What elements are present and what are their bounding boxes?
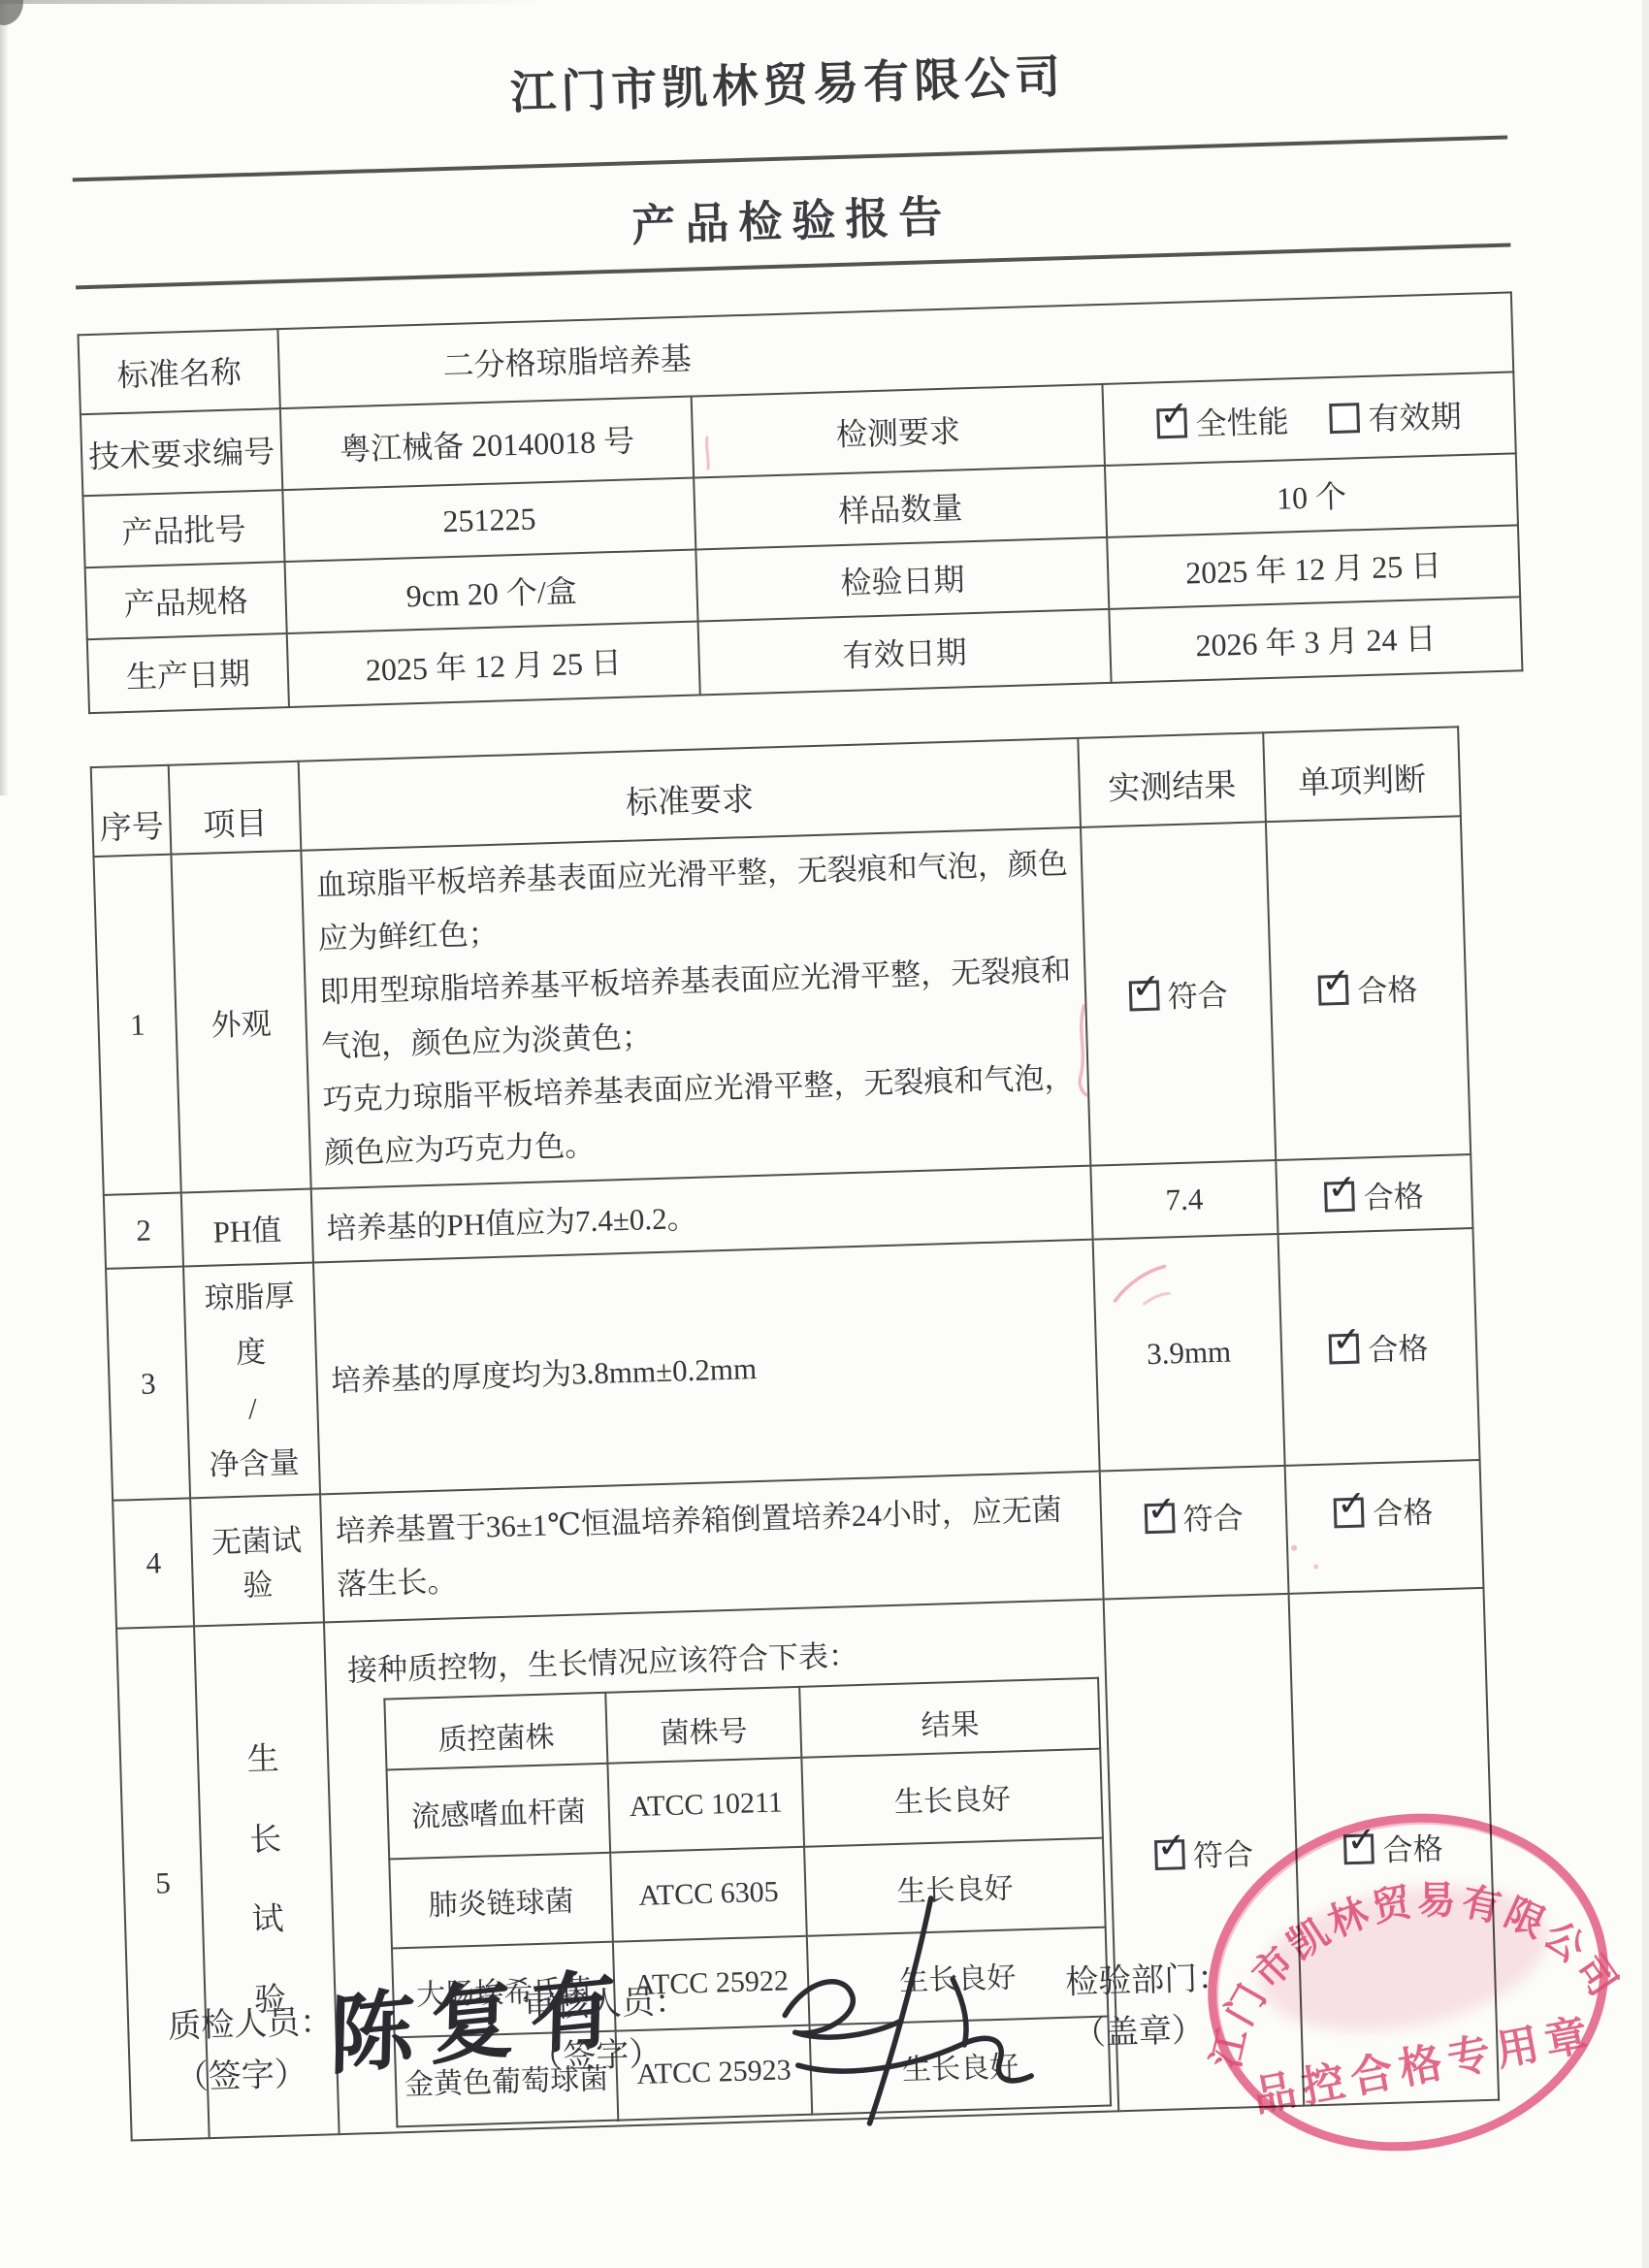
option-label: 全性能 bbox=[1195, 404, 1289, 441]
result-cell: 3.9mm bbox=[1093, 1234, 1284, 1472]
field-label: 检测要求 bbox=[692, 384, 1105, 478]
column-header: 实测结果 bbox=[1079, 732, 1266, 827]
requirement-text: 培养基置于36±1℃恒温培养箱倒置培养24小时，应无菌 落生长。 bbox=[320, 1472, 1104, 1623]
judgment-cell: ✓合格 bbox=[1266, 816, 1471, 1160]
checkbox-checked-icon: ✓ bbox=[1144, 1504, 1175, 1535]
requirement-text: 血琼脂平板培养基表面应光滑平整，无裂痕和气泡，颜色 应为鲜红色； 即用型琼脂培养… bbox=[301, 827, 1091, 1189]
strain-name: 流感嗜血杆菌 bbox=[386, 1764, 610, 1860]
checkbox-checked-icon: ✓ bbox=[1156, 407, 1187, 438]
check-mark-icon: ✓ bbox=[1337, 1487, 1367, 1523]
field-value: 粤江械备 20140018 号 bbox=[280, 397, 694, 491]
company-stamp: 江门市凯林贸易有限公司 品控合格专用章 bbox=[1170, 1771, 1648, 2221]
spacer bbox=[1289, 431, 1330, 432]
item-name: PH值 bbox=[181, 1189, 312, 1267]
field-value: 10 个 bbox=[1105, 453, 1518, 537]
judgment-label: 合格 bbox=[1363, 1179, 1424, 1215]
row-number: 2 bbox=[104, 1193, 184, 1269]
check-mark-icon: ✓ bbox=[1321, 964, 1351, 1000]
field-label: 有效日期 bbox=[698, 609, 1112, 696]
field-value: 2026 年 3 月 24 日 bbox=[1109, 597, 1522, 683]
field-label: 标准名称 bbox=[78, 329, 279, 414]
reviewer-label: 审核人员： （签字） bbox=[522, 1977, 690, 2084]
page-title: 产品检验报告 bbox=[74, 164, 1510, 270]
report-document: 江门市凯林贸易有限公司 产品检验报告 标准名称 二分格琼脂培养基 技术要求编号 … bbox=[69, 15, 1569, 2258]
column-header: 质控菌株 bbox=[384, 1693, 608, 1770]
check-mark-icon: ✓ bbox=[1147, 1493, 1177, 1529]
checkbox-checked-icon: ✓ bbox=[1318, 975, 1349, 1006]
field-label: 产品规格 bbox=[85, 562, 287, 639]
field-value: 2025 年 12 月 25 日 bbox=[1107, 525, 1520, 609]
inspector-label-text: 质检人员： bbox=[168, 2004, 334, 2045]
row-number: 4 bbox=[113, 1499, 194, 1629]
checkbox-checked-icon: ✓ bbox=[1329, 1334, 1360, 1365]
judgment-label: 合格 bbox=[1357, 973, 1418, 1009]
item-name: 无菌试验 bbox=[191, 1495, 324, 1627]
item-name: 外观 bbox=[172, 851, 311, 1193]
scan-edge-left bbox=[0, 0, 9, 795]
check-mark-icon: ✓ bbox=[1131, 970, 1161, 1006]
reviewer-signature bbox=[705, 1883, 1062, 2146]
result-label: 符合 bbox=[1182, 1502, 1244, 1538]
result-cell: 7.4 bbox=[1091, 1160, 1277, 1240]
column-header: 序号 bbox=[91, 765, 172, 857]
stamp-bottom-text: 品控合格专用章 bbox=[1249, 2009, 1599, 2121]
field-value: 9cm 20 个/盒 bbox=[285, 550, 698, 634]
field-label: 产品批号 bbox=[82, 490, 284, 567]
item-name-text: 琼脂厚度 / 净含量 bbox=[191, 1268, 313, 1494]
field-label: 检验日期 bbox=[695, 537, 1109, 622]
result-cell: ✓符合 bbox=[1081, 822, 1276, 1166]
strain-number: ATCC 10211 bbox=[608, 1758, 804, 1853]
check-mark-icon: ✓ bbox=[1159, 397, 1189, 433]
column-header: 项目 bbox=[169, 761, 301, 855]
checkbox-empty-icon bbox=[1329, 403, 1360, 434]
scan-edge-right bbox=[1642, 0, 1649, 2268]
field-label: 样品数量 bbox=[694, 466, 1107, 550]
judgment-cell: ✓合格 bbox=[1276, 1154, 1473, 1234]
option-label: 有效期 bbox=[1368, 399, 1462, 437]
checkbox-checked-icon: ✓ bbox=[1334, 1498, 1365, 1529]
reviewer-sub-text: （签字） bbox=[524, 2036, 663, 2076]
result-cell: ✓符合 bbox=[1100, 1466, 1288, 1600]
result-label: 符合 bbox=[1167, 978, 1228, 1014]
field-label: 生产日期 bbox=[87, 633, 289, 713]
inspector-sub-text: （签字） bbox=[169, 2057, 307, 2096]
row-number: 1 bbox=[93, 855, 181, 1195]
judgment-label: 合格 bbox=[1368, 1332, 1429, 1368]
column-header: 单项判断 bbox=[1263, 727, 1461, 822]
item-name: 琼脂厚度 / 净含量 bbox=[183, 1263, 319, 1499]
strain-result: 生长良好 bbox=[801, 1749, 1103, 1847]
info-table: 标准名称 二分格琼脂培养基 技术要求编号 粤江械备 20140018 号 检测要… bbox=[77, 291, 1523, 714]
checkbox-checked-icon: ✓ bbox=[1324, 1181, 1355, 1212]
field-label: 技术要求编号 bbox=[81, 408, 283, 496]
column-header: 结果 bbox=[799, 1678, 1100, 1758]
row-number: 3 bbox=[106, 1267, 190, 1502]
check-mark-icon: ✓ bbox=[1327, 1170, 1357, 1206]
judgment-label: 合格 bbox=[1373, 1496, 1434, 1532]
judgment-cell: ✓合格 bbox=[1277, 1228, 1479, 1466]
table-row: 1 外观 血琼脂平板培养基表面应光滑平整，无裂痕和气泡，颜色 应为鲜红色； 即用… bbox=[93, 816, 1471, 1195]
reviewer-label-text: 审核人员： bbox=[522, 1984, 688, 2025]
scan-corner-blot bbox=[0, 0, 23, 25]
scan-edge-top bbox=[0, 0, 543, 4]
field-value: 2025 年 12 月 25 日 bbox=[287, 621, 700, 707]
requirement-text: 培养基的厚度均为3.8mm±0.2mm bbox=[313, 1240, 1100, 1495]
field-value: ✓全性能有效期 bbox=[1102, 372, 1515, 466]
checkbox-checked-icon: ✓ bbox=[1128, 981, 1159, 1012]
company-name: 江门市凯林贸易有限公司 bbox=[69, 28, 1505, 136]
check-mark-icon: ✓ bbox=[1332, 1323, 1362, 1359]
field-value: 251225 bbox=[282, 478, 695, 563]
judgment-cell: ✓合格 bbox=[1284, 1460, 1483, 1594]
inspector-label: 质检人员： （签字） bbox=[168, 1997, 336, 2104]
strain-name: 肺炎链球菌 bbox=[389, 1853, 613, 1949]
column-header: 菌株号 bbox=[606, 1687, 802, 1764]
table-row: 3 琼脂厚度 / 净含量 培养基的厚度均为3.8mm±0.2mm 3.9mm ✓… bbox=[106, 1228, 1479, 1501]
